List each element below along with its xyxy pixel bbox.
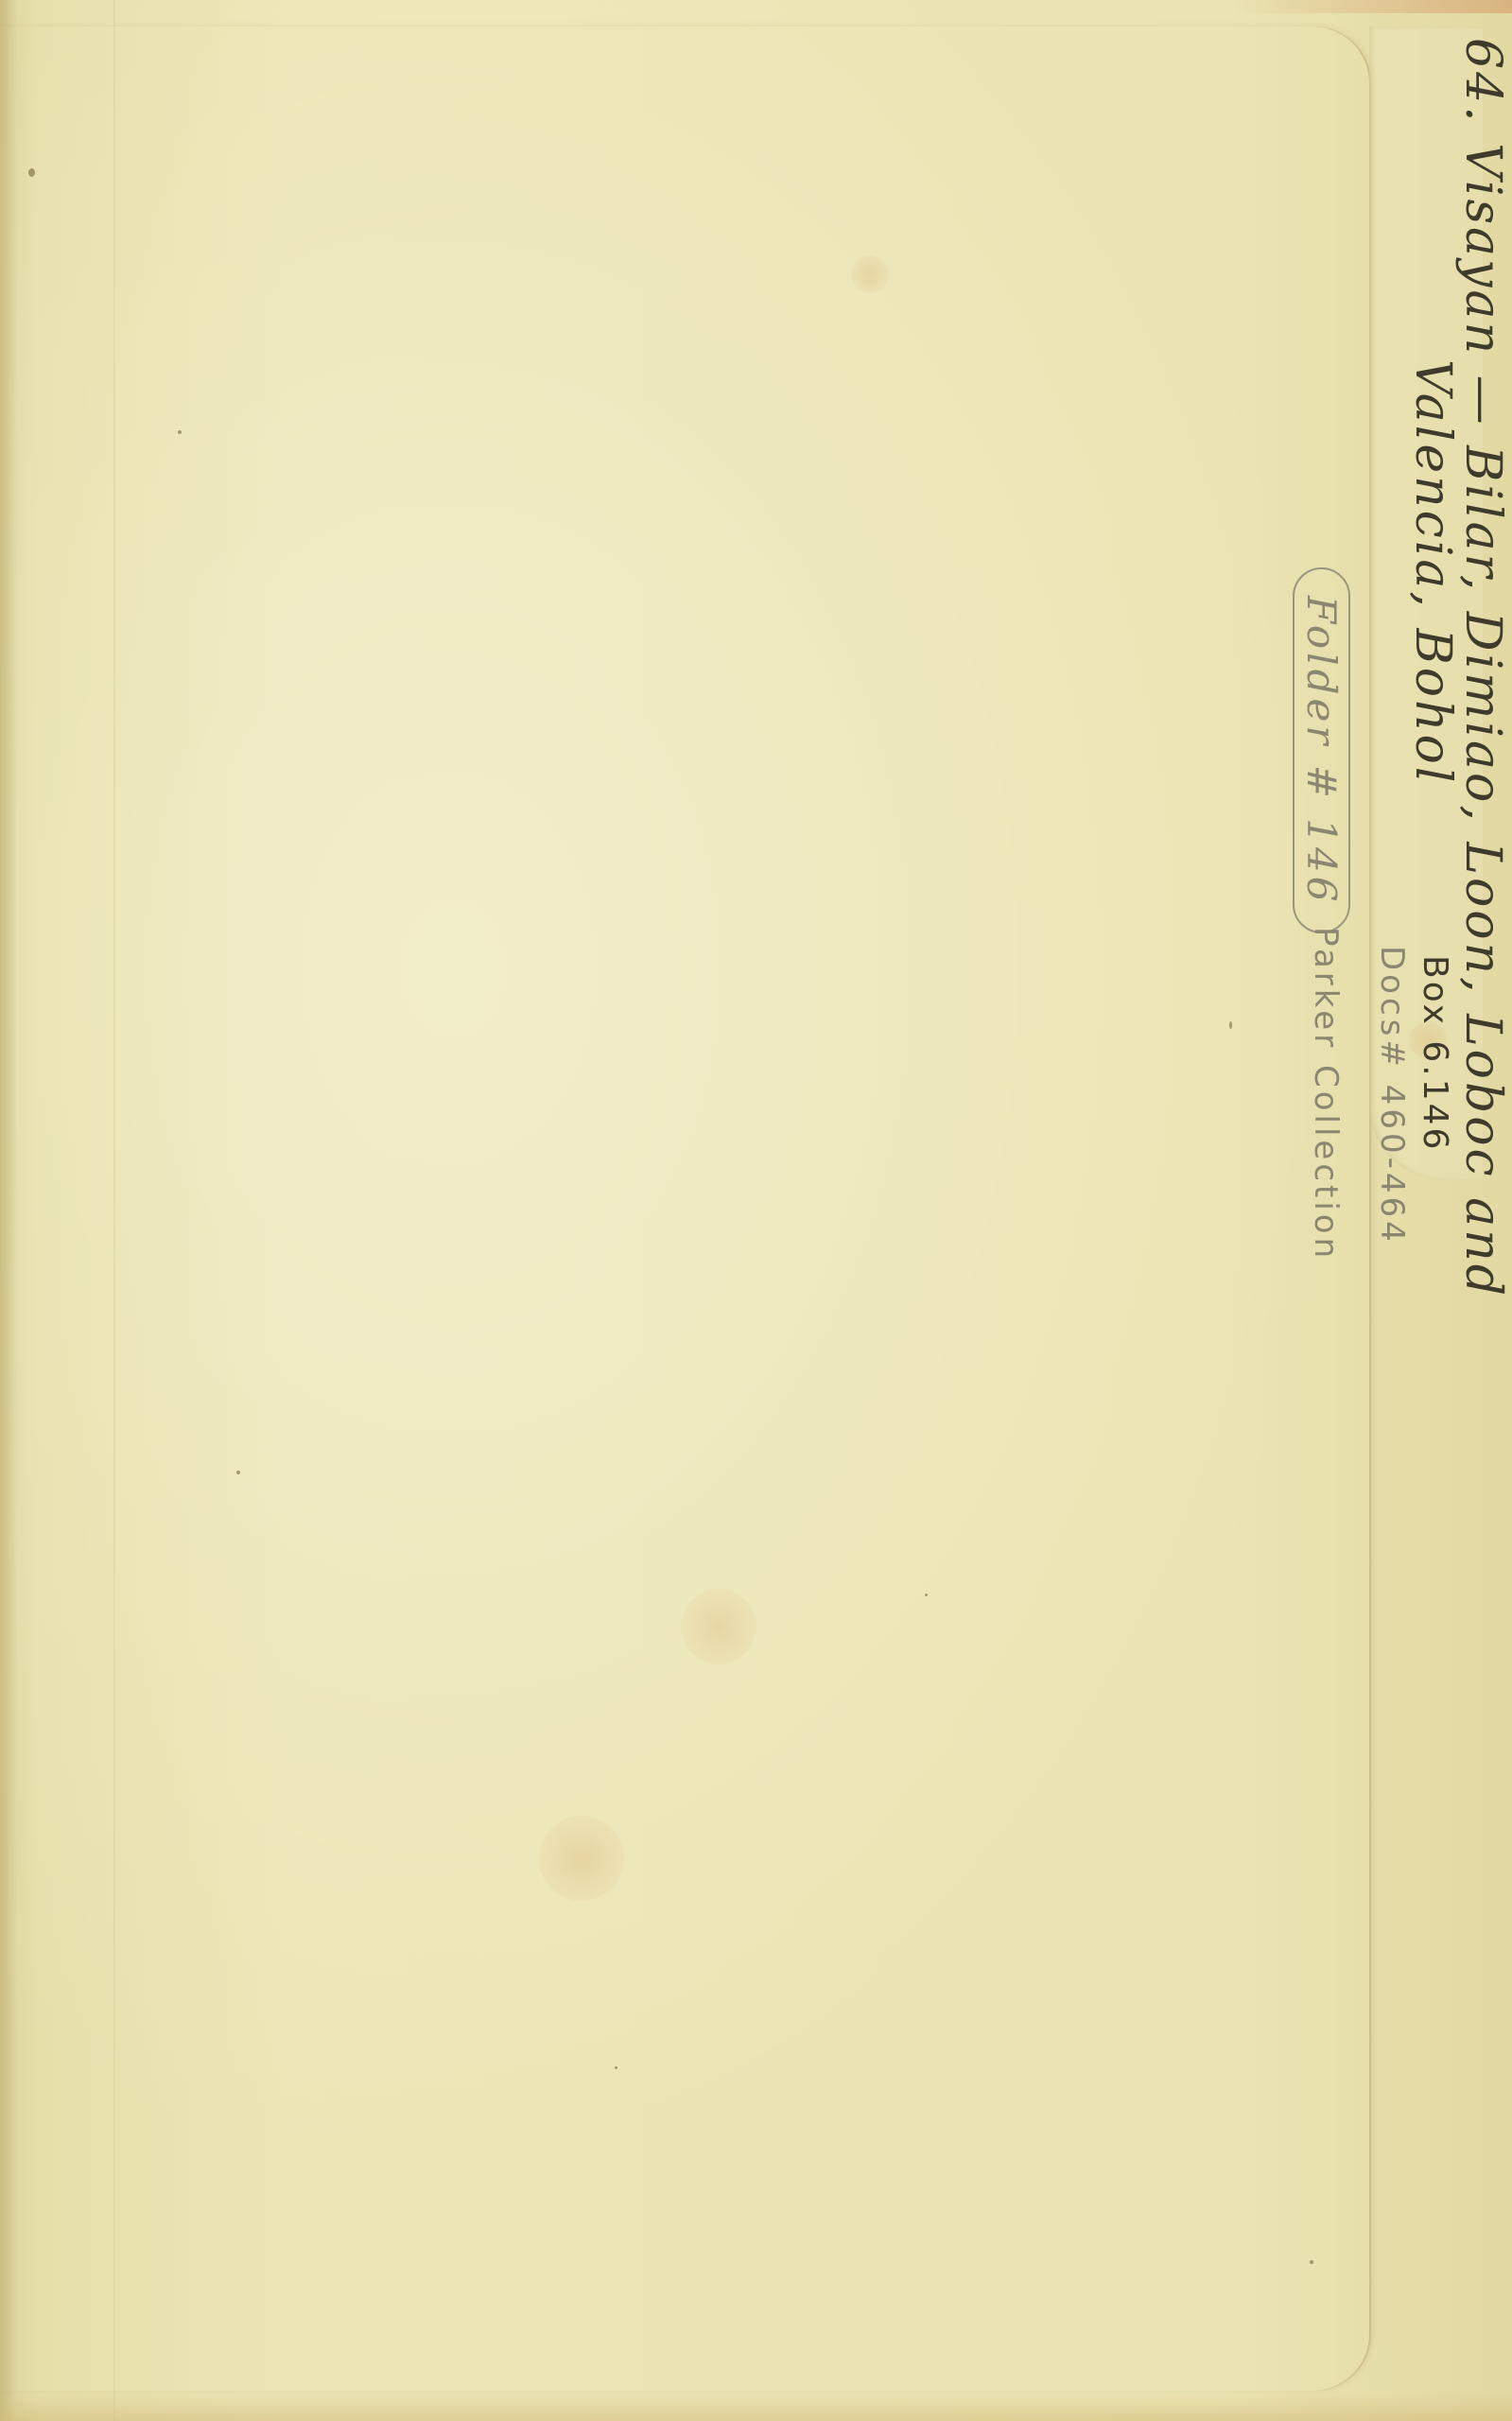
collection-label: Parker Collection <box>1307 927 1345 1262</box>
inner-card-outline <box>0 26 1369 2391</box>
page-bottom-edge <box>0 2393 1512 2421</box>
spot <box>28 168 35 177</box>
foxing-stain <box>681 1589 756 1664</box>
foxing-stain <box>851 255 889 293</box>
top-stain <box>1229 0 1512 13</box>
spot <box>1229 1021 1232 1029</box>
box-reference: Box 6.146 <box>1416 955 1454 1152</box>
spot <box>1310 2260 1313 2264</box>
annotation-line-2: Valencia, Bohol <box>1404 359 1461 785</box>
spot <box>925 1594 928 1596</box>
document-page: 64. Visayan — Bilar, Dimiao, Loon, Loboc… <box>0 0 1512 2421</box>
annotation-line-1: 64. Visayan — Bilar, Dimiao, Loon, Loboc… <box>1454 38 1511 1298</box>
spot <box>236 1471 240 1474</box>
docs-reference: Docs# 460-464 <box>1373 946 1411 1245</box>
spot <box>615 2066 617 2069</box>
foxing-stain <box>539 1816 624 1901</box>
folder-label: Folder # 146 <box>1293 567 1350 933</box>
spot <box>178 430 182 434</box>
